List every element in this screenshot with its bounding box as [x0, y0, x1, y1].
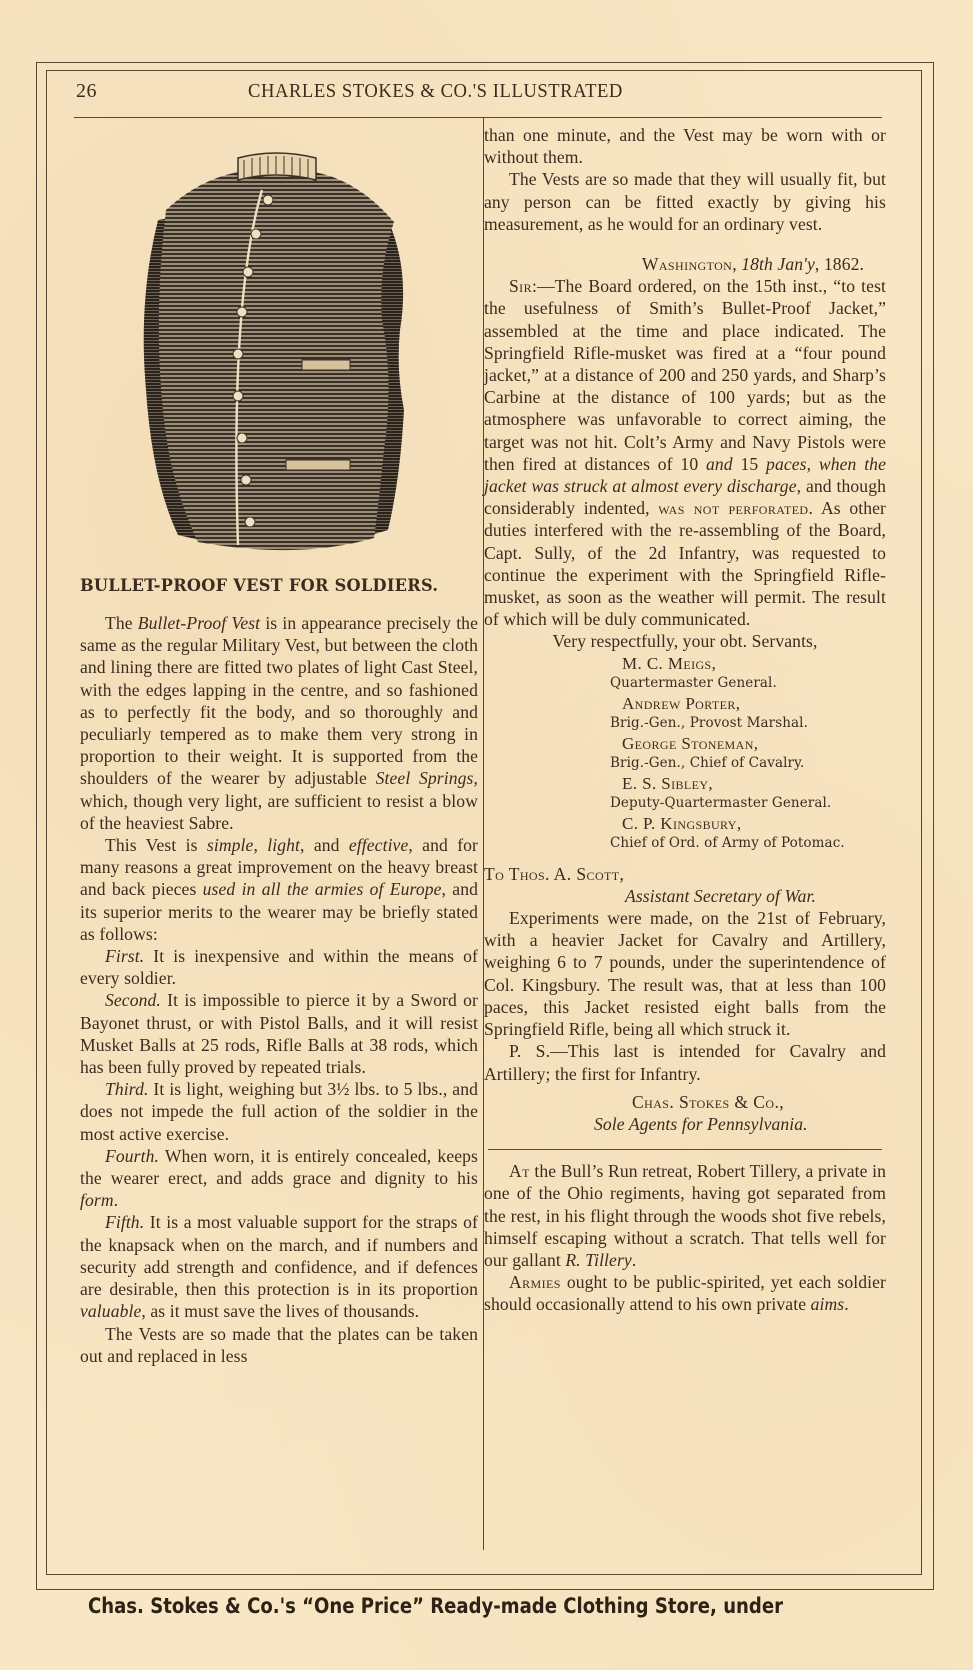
postscript: P. S.—This last is intended for Cavalry … [484, 1040, 886, 1084]
signatory-title: Quartermaster General. [484, 674, 886, 693]
signatory-title: Brig.-Gen., Provost Marshal. [484, 714, 886, 733]
signatory-list: M. C. Meigs, Quartermaster General. Andr… [484, 653, 886, 853]
merits-paragraph: This Vest is simple, light, and effectiv… [80, 834, 478, 945]
section-rule [488, 1149, 882, 1150]
merit-third: Third. It is light, weighing but 3½ lbs.… [80, 1078, 478, 1145]
letter-dateline: Washington, 18th Jan'y, 1862. [484, 253, 886, 275]
continuation-text: than one minute, and the Vest may be wor… [484, 124, 886, 168]
quip-paragraph: Armies ought to be public-spirited, yet … [484, 1271, 886, 1315]
merit-first: First. It is inexpensive and within the … [80, 945, 478, 989]
plates-paragraph: The Vests are so made that the plates ca… [80, 1323, 478, 1367]
bullet-proof-vest-illustration [138, 150, 414, 560]
agents-name: Chas. Stokes & Co., [484, 1091, 886, 1113]
letter-body: Sir:—The Board ordered, on the 15th inst… [484, 275, 886, 630]
addressee-title: Assistant Secretary of War. [484, 885, 886, 907]
signatory-title: Brig.-Gen., Chief of Cavalry. [484, 754, 886, 773]
signatory-name: M. C. Meigs, [484, 653, 886, 674]
right-column: than one minute, and the Vest may be wor… [484, 124, 886, 1316]
merit-fourth: Fourth. When worn, it is entirely con­ce… [80, 1145, 478, 1212]
experiments-paragraph: Experiments were made, on the 21st of Fe… [484, 907, 886, 1040]
agents-title: Sole Agents for Pennsylvania. [484, 1113, 886, 1135]
fit-paragraph: The Vests are so made that they will usu… [484, 168, 886, 235]
anecdote-paragraph: At the Bull’s Run retreat, Robert Til­le… [484, 1160, 886, 1271]
article-title: BULLET-PROOF VEST FOR SOLDIERS. [80, 576, 460, 596]
letter-signoff: Very respectfully, your obt. Servants, [484, 630, 886, 652]
signatory-name: E. S. Sibley, [484, 773, 886, 794]
signatory-title: Deputy-Quartermaster General. [484, 794, 886, 813]
signatory-name: George Stoneman, [484, 733, 886, 754]
page-number: 26 [76, 80, 97, 103]
signatory-title: Chief of Ord. of Army of Potomac. [484, 834, 886, 853]
merit-second: Second. It is impossible to pierce it by… [80, 989, 478, 1078]
signatory-name: Andrew Porter, [484, 693, 886, 714]
running-head: CHARLES STOKES & CO.'S ILLUSTRATED [248, 80, 623, 103]
merit-fifth: Fifth. It is a most valuable support for… [80, 1211, 478, 1322]
signatory-name: C. P. Kingsbury, [484, 813, 886, 834]
left-column: The Bullet-Proof Vest is in appearance p… [80, 612, 478, 1367]
addressee-name: To Thos. A. Scott, [484, 863, 886, 885]
intro-paragraph: The Bullet-Proof Vest is in appearance p… [80, 612, 478, 834]
header-rule [74, 117, 882, 118]
footer-tagline: Chas. Stokes & Co.'s “One Price” Ready-m… [88, 1594, 793, 1618]
